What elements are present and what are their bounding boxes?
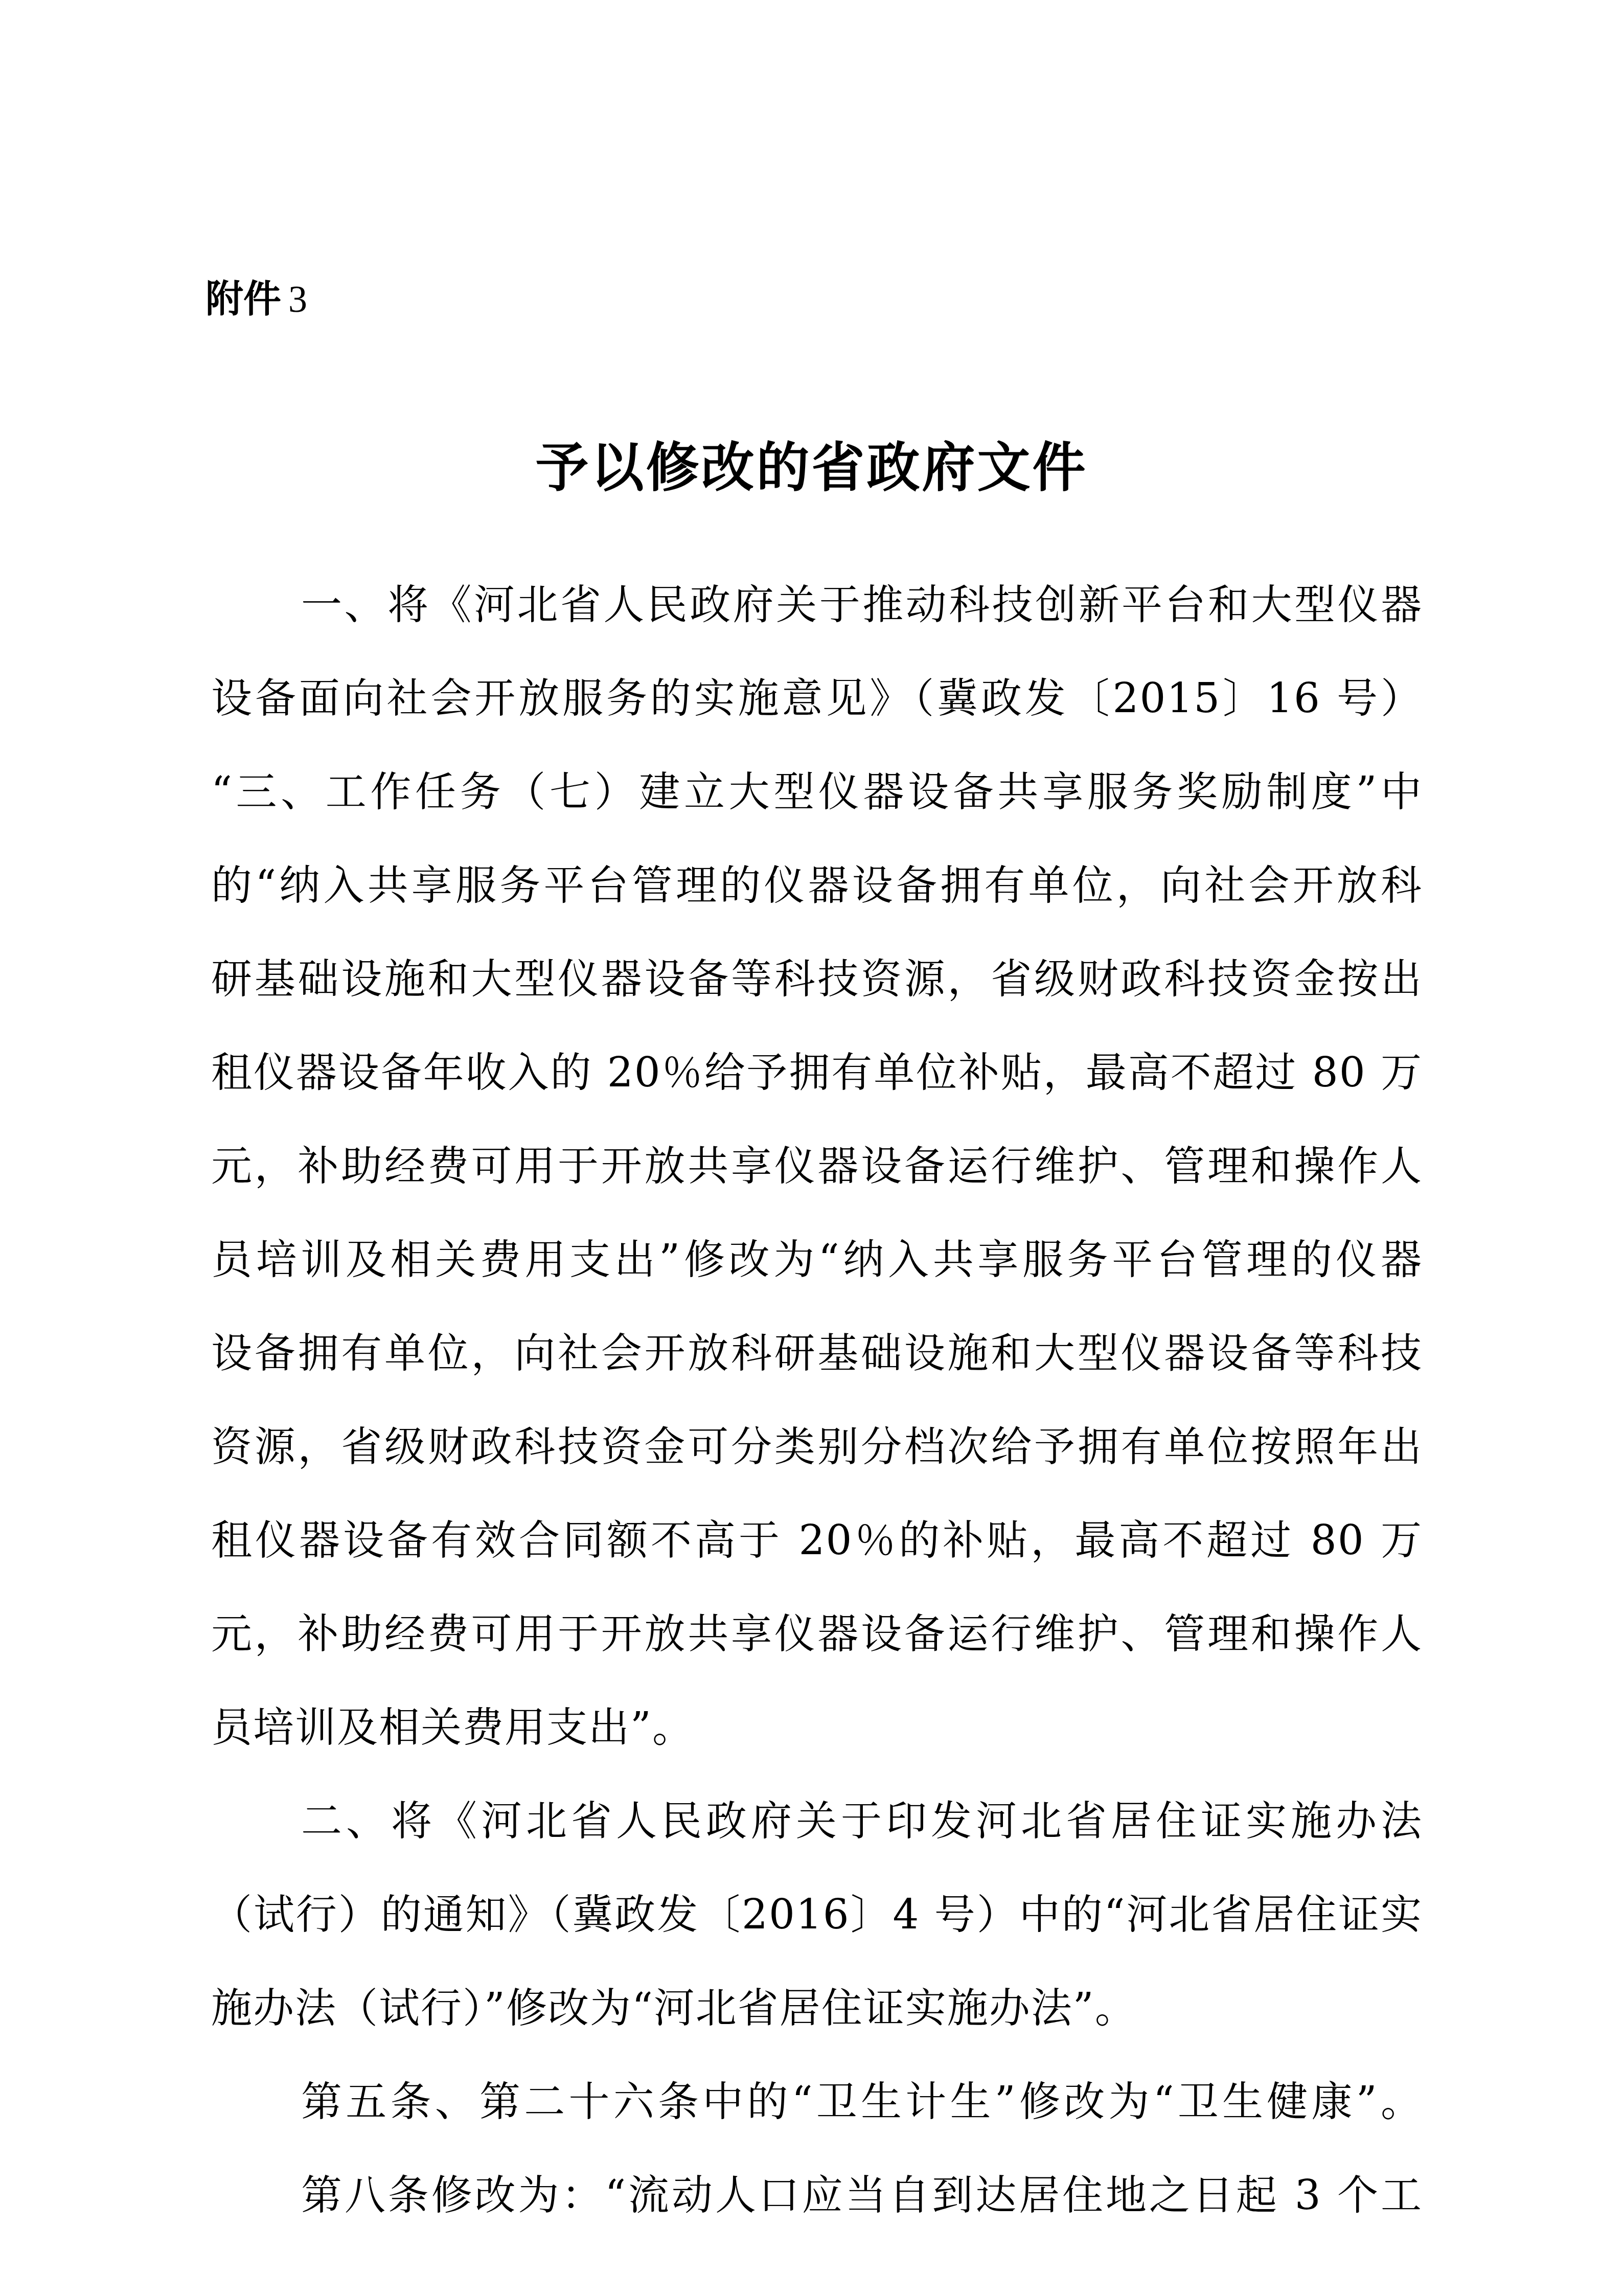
body-line: 员培训及相关费用支出”。: [211, 1697, 1423, 1790]
document-title: 予以修改的省政府文件: [0, 432, 1623, 504]
body-line: 设备面向社会开放服务的实施意见》（冀政发〔2015〕16 号）: [211, 668, 1423, 761]
body-line: 元，补助经费可用于开放共享仪器设备运行维护、管理和操作人: [211, 1135, 1423, 1229]
body-line: 元，补助经费可用于开放共享仪器设备运行维护、管理和操作人: [211, 1603, 1423, 1697]
body-line: 设备拥有单位，向社会开放科研基础设施和大型仪器设备等科技: [211, 1323, 1423, 1416]
attachment-number: 3: [288, 279, 307, 321]
document-body: 一、将《河北省人民政府关于推动科技创新平台和大型仪器 设备面向社会开放服务的实施…: [211, 574, 1423, 2258]
body-line: 第八条修改为：“流动人口应当自到达居住地之日起 3 个工: [211, 2165, 1423, 2258]
body-line: 第五条、第二十六条中的“卫生计生”修改为“卫生健康”。: [211, 2071, 1423, 2165]
body-line: 租仪器设备有效合同额不高于 20％的补贴，最高不超过 80 万: [211, 1510, 1423, 1603]
body-line: 二、将《河北省人民政府关于印发河北省居住证实施办法: [211, 1790, 1423, 1884]
body-line: “三、工作任务（七）建立大型仪器设备共享服务奖励制度”中: [211, 761, 1423, 855]
body-line: 施办法（试行）”修改为“河北省居住证实施办法”。: [211, 1977, 1423, 2071]
attachment-label: 附件3: [205, 274, 307, 325]
body-line: 的“纳入共享服务平台管理的仪器设备拥有单位，向社会开放科: [211, 855, 1423, 948]
body-line: 租仪器设备年收入的 20％给予拥有单位补贴，最高不超过 80 万: [211, 1042, 1423, 1135]
body-line: 一、将《河北省人民政府关于推动科技创新平台和大型仪器: [211, 574, 1423, 668]
attachment-label-text: 附件: [205, 277, 281, 321]
body-line: 资源，省级财政科技资金可分类别分档次给予拥有单位按照年出: [211, 1416, 1423, 1510]
body-line: 研基础设施和大型仪器设备等科技资源，省级财政科技资金按出: [211, 948, 1423, 1042]
body-line: （试行）的通知》（冀政发〔2016〕4 号）中的“河北省居住证实: [211, 1884, 1423, 1977]
document-page: 附件3 予以修改的省政府文件 一、将《河北省人民政府关于推动科技创新平台和大型仪…: [0, 0, 1623, 2296]
body-line: 员培训及相关费用支出”修改为“纳入共享服务平台管理的仪器: [211, 1229, 1423, 1323]
